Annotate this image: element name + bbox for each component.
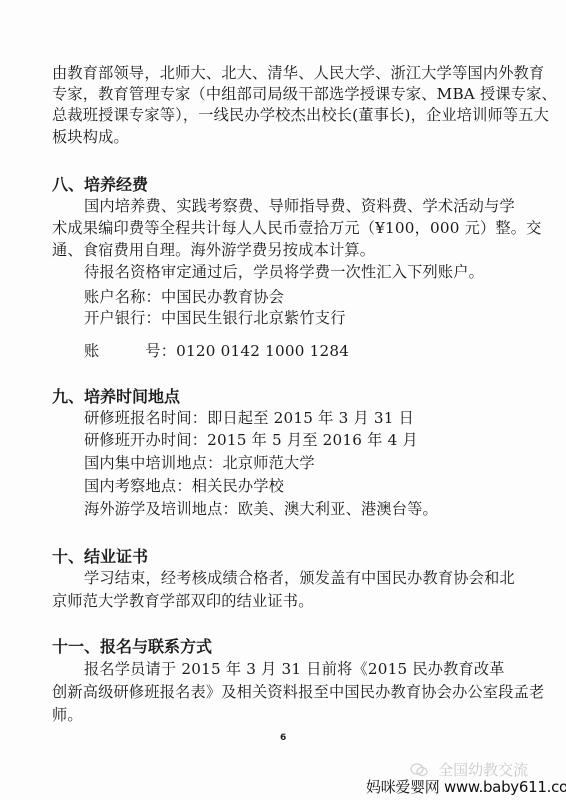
bank-row: 开户银行：中国民生银行北京紫竹支行 <box>84 308 566 329</box>
intro-line: 板块构成。 <box>52 127 542 148</box>
schedule-item: 研修班报名时间：即日起至 2015 年 3 月 31 日 <box>84 408 566 429</box>
account-name-row: 账户名称：中国民办教育协会 <box>84 287 566 308</box>
section-heading-fees: 八、培养经费 <box>52 174 148 196</box>
section-heading-schedule: 九、培养时间地点 <box>52 386 180 408</box>
section-heading-certificate: 十、结业证书 <box>52 546 148 568</box>
certificate-paragraph-line: 京师范大学教育学部双印的结业证书。 <box>52 591 542 612</box>
contact-paragraph-line: 师。 <box>52 705 542 726</box>
watermark-site: 妈咪爱婴网 www.baby611.com <box>366 776 566 797</box>
fees-paragraph-line: 待报名资格审定通过后，学员将学费一次性汇入下列账户。 <box>84 262 566 283</box>
account-number-row: 账号：0120 0142 1000 1284 <box>84 341 566 362</box>
schedule-item: 国内考察地点：相关民办学校 <box>84 476 566 497</box>
fees-paragraph-line: 国内培养费、实践考察费、导师指导费、资料费、学术活动与学 <box>84 196 566 217</box>
schedule-item: 海外游学及培训地点：欧美、澳大利亚、港澳台等。 <box>84 499 566 520</box>
account-number-value: 0120 0142 1000 1284 <box>176 342 349 360</box>
schedule-item: 国内集中培训地点：北京师范大学 <box>84 453 566 474</box>
certificate-paragraph-line: 学习结束，经考核成绩合格者，颁发盖有中国民办教育协会和北 <box>84 568 566 589</box>
bank-value: 中国民生银行北京紫竹支行 <box>161 309 346 327</box>
intro-line: 专家，教育管理专家（中组部司局级干部选学授课专家、MBA 授课专家、 <box>52 84 542 105</box>
contact-paragraph-line: 创新高级研修班报名表》及相关资料报至中国民办教育协会办公室段孟老 <box>52 682 542 703</box>
fees-paragraph-line: 通、食宿费用自理。海外游学费另按成本计算。 <box>52 240 542 261</box>
intro-line: 总裁班授课专家等），一线民办学校杰出校长(董事长)，企业培训师等五大 <box>52 105 542 126</box>
document-page: 由教育部领导，北师大、北大、清华、人民大学、浙江大学等国内外教育 专家，教育管理… <box>0 0 566 800</box>
account-name-value: 中国民办教育协会 <box>161 288 284 306</box>
section-heading-contact: 十一、报名与联系方式 <box>52 636 212 658</box>
schedule-item: 研修班开办时间：2015 年 5 月至 2016 年 4 月 <box>84 430 566 451</box>
fees-paragraph-line: 术成果编印费等全程共计每人人民币壹拾万元（¥100，000 元）整。交 <box>52 218 542 239</box>
account-number-label-a: 账 <box>84 342 99 360</box>
page-number: 6 <box>280 733 286 743</box>
account-number-label-b: 号： <box>145 342 176 360</box>
intro-line: 由教育部领导，北师大、北大、清华、人民大学、浙江大学等国内外教育 <box>52 63 542 84</box>
bank-label: 开户银行： <box>84 309 161 327</box>
account-name-label: 账户名称： <box>84 288 161 306</box>
contact-paragraph-line: 报名学员请于 2015 年 3 月 31 日前将《2015 民办教育改革 <box>84 659 566 680</box>
